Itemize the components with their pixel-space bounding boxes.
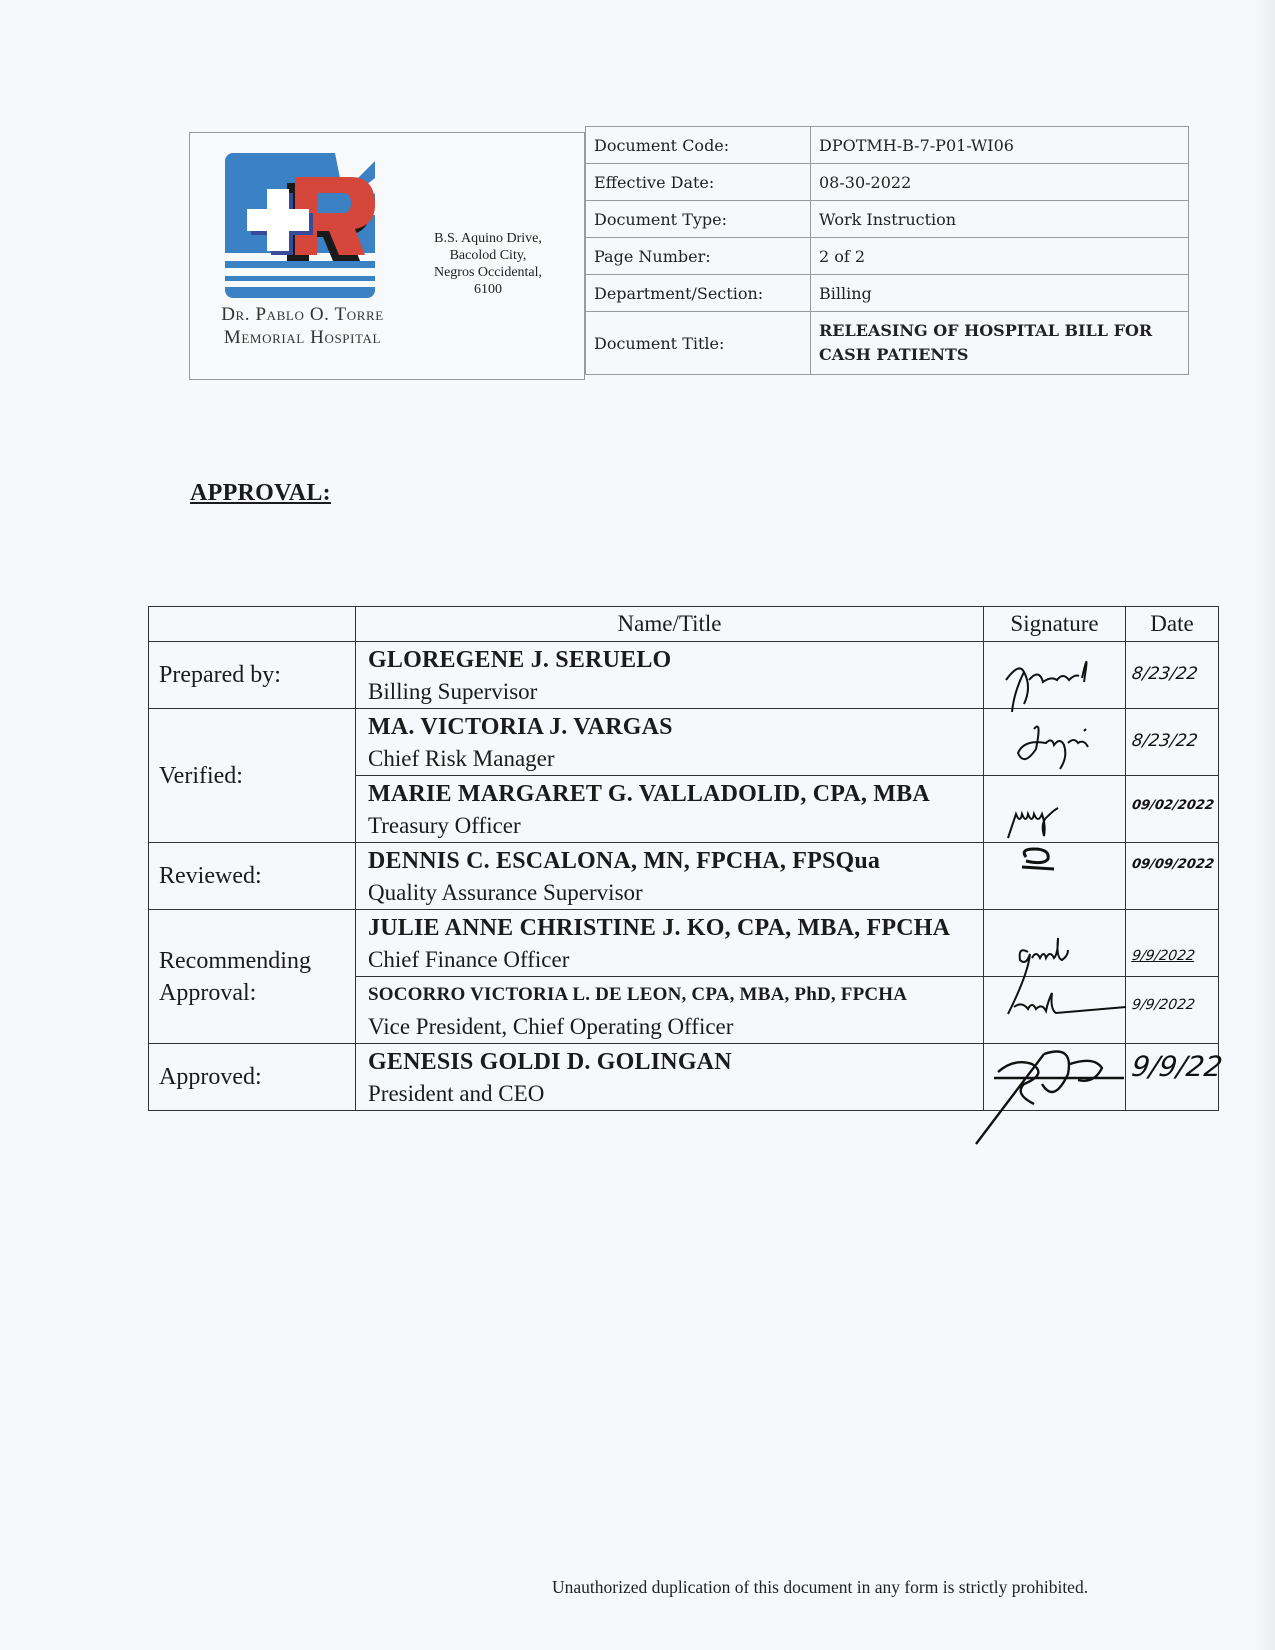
date-cell: 9/9/2022 (1126, 910, 1219, 977)
signature-cell (984, 910, 1126, 977)
meta-row-code: Document Code: DPOTMH-B-7-P01-WI06 (586, 127, 1189, 164)
document-code: DPOTMH-B-7-P01-WI06 (811, 127, 1189, 164)
column-header-signature: Signature (984, 607, 1126, 642)
signature-cell (984, 977, 1126, 1044)
signature-cell (984, 776, 1126, 843)
meta-row-title: Document Title: RELEASING OF HOSPITAL BI… (586, 312, 1189, 375)
hospital-name-line2: Memorial Hospital (200, 326, 405, 349)
hospital-name-line1: Dr. Pablo O. Torre (200, 303, 405, 326)
signer-name: JULIE ANNE CHRISTINE J. KO, CPA, MBA, FP… (368, 912, 983, 944)
name-title-cell: JULIE ANNE CHRISTINE J. KO, CPA, MBA, FP… (356, 910, 984, 977)
signer-title: Chief Risk Manager (368, 743, 983, 774)
role-label: Prepared by: (149, 642, 356, 709)
hospital-identity-box: Dr. Pablo O. Torre Memorial Hospital B.S… (189, 132, 585, 380)
date-cell: 9/9/2022 (1126, 977, 1219, 1044)
signature-cell (984, 1044, 1126, 1111)
address-line: Negros Occidental, (418, 264, 558, 281)
address-line: B.S. Aquino Drive, (418, 230, 558, 247)
handwritten-signature-icon (984, 843, 1126, 909)
handwritten-signature-icon (984, 910, 1126, 976)
role-label: Verified: (149, 709, 356, 843)
role-label: Recommending Approval: (149, 910, 356, 1044)
signer-name: GLOREGENE J. SERUELO (368, 644, 983, 676)
handwritten-signature-icon (984, 1044, 1144, 1154)
signed-date: 8/23/22 (1131, 664, 1199, 684)
address-line: Bacolod City, (418, 247, 558, 264)
role-label: Reviewed: (149, 843, 356, 910)
hospital-name: Dr. Pablo O. Torre Memorial Hospital (200, 303, 405, 349)
handwritten-signature-icon (984, 642, 1126, 708)
meta-row-effective-date: Effective Date: 08-30-2022 (586, 164, 1189, 201)
column-header-date: Date (1126, 607, 1219, 642)
handwritten-signature-icon (984, 709, 1126, 775)
name-title-cell: MARIE MARGARET G. VALLADOLID, CPA, MBA T… (356, 776, 984, 843)
meta-label: Document Type: (586, 201, 811, 238)
page-number: 2 of 2 (811, 238, 1189, 275)
date-cell: 8/23/22 (1126, 709, 1219, 776)
approval-table: Name/Title Signature Date Prepared by: G… (148, 606, 1219, 1111)
date-cell: 9/9/22 (1126, 1044, 1219, 1111)
signer-name: MARIE MARGARET G. VALLADOLID, CPA, MBA (368, 778, 983, 810)
signature-cell (984, 642, 1126, 709)
signer-title: Billing Supervisor (368, 676, 983, 707)
duplication-notice: Unauthorized duplication of this documen… (552, 1577, 1088, 1598)
signer-name: DENNIS C. ESCALONA, MN, FPCHA, FPSQua (368, 845, 983, 877)
meta-row-type: Document Type: Work Instruction (586, 201, 1189, 238)
approval-row: Verified: MA. VICTORIA J. VARGAS Chief R… (149, 709, 1219, 776)
meta-label: Document Code: (586, 127, 811, 164)
signed-date: 9/9/22 (1130, 1050, 1225, 1083)
role-label: Approved: (149, 1044, 356, 1111)
signed-date: 9/9/2022 (1131, 948, 1196, 964)
signer-title: Chief Finance Officer (368, 944, 983, 975)
department-section: Billing (811, 275, 1189, 312)
document-meta-table: Document Code: DPOTMH-B-7-P01-WI06 Effec… (585, 126, 1189, 375)
meta-row-page: Page Number: 2 of 2 (586, 238, 1189, 275)
effective-date: 08-30-2022 (811, 164, 1189, 201)
signer-title: Quality Assurance Supervisor (368, 877, 983, 908)
handwritten-signature-icon (984, 977, 1144, 1043)
name-title-cell: DENNIS C. ESCALONA, MN, FPCHA, FPSQua Qu… (356, 843, 984, 910)
address-line: 6100 (418, 281, 558, 296)
approval-header-row: Name/Title Signature Date (149, 607, 1219, 642)
signed-date: 09/02/2022 (1131, 798, 1215, 813)
signature-cell (984, 843, 1126, 910)
name-title-cell: MA. VICTORIA J. VARGAS Chief Risk Manage… (356, 709, 984, 776)
meta-label: Department/Section: (586, 275, 811, 312)
signer-name: MA. VICTORIA J. VARGAS (368, 711, 983, 743)
signer-title: Vice President, Chief Operating Officer (368, 1011, 983, 1042)
signed-date: 9/9/2022 (1131, 997, 1196, 1013)
date-cell: 09/09/2022 (1126, 843, 1219, 910)
document-type: Work Instruction (811, 201, 1189, 238)
column-header-name-title: Name/Title (356, 607, 984, 642)
page-edge (1253, 0, 1275, 1650)
document-header: Dr. Pablo O. Torre Memorial Hospital B.S… (189, 130, 1189, 380)
signer-title: President and CEO (368, 1078, 983, 1109)
meta-label: Page Number: (586, 238, 811, 275)
date-cell: 09/02/2022 (1126, 776, 1219, 843)
signer-title: Treasury Officer (368, 810, 983, 841)
approval-row: Approved: GENESIS GOLDI D. GOLINGAN Pres… (149, 1044, 1219, 1111)
meta-row-department: Department/Section: Billing (586, 275, 1189, 312)
approval-row: Reviewed: DENNIS C. ESCALONA, MN, FPCHA,… (149, 843, 1219, 910)
signer-name: SOCORRO VICTORIA L. DE LEON, CPA, MBA, P… (368, 979, 983, 1011)
approval-row: Recommending Approval: JULIE ANNE CHRIST… (149, 910, 1219, 977)
hospital-cross-r-logo-icon (225, 153, 383, 303)
signature-cell (984, 709, 1126, 776)
name-title-cell: GLOREGENE J. SERUELO Billing Supervisor (356, 642, 984, 709)
signer-name: GENESIS GOLDI D. GOLINGAN (368, 1046, 983, 1078)
meta-label: Effective Date: (586, 164, 811, 201)
approval-heading: APPROVAL: (190, 480, 331, 507)
approval-row: Prepared by: GLOREGENE J. SERUELO Billin… (149, 642, 1219, 709)
meta-label: Document Title: (586, 312, 811, 375)
column-header-role (149, 607, 356, 642)
document-title: RELEASING OF HOSPITAL BILL FOR CASH PATI… (811, 312, 1189, 375)
date-cell: 8/23/22 (1126, 642, 1219, 709)
signed-date: 09/09/2022 (1131, 857, 1215, 872)
name-title-cell: SOCORRO VICTORIA L. DE LEON, CPA, MBA, P… (356, 977, 984, 1044)
hospital-address: B.S. Aquino Drive, Bacolod City, Negros … (418, 230, 558, 296)
handwritten-signature-icon (984, 776, 1126, 842)
name-title-cell: GENESIS GOLDI D. GOLINGAN President and … (356, 1044, 984, 1111)
signed-date: 8/23/22 (1131, 731, 1199, 751)
